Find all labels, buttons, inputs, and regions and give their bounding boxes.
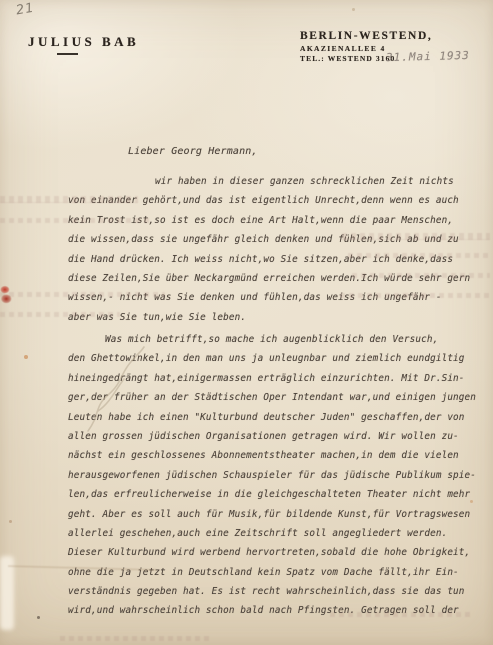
bleedthrough-text bbox=[0, 218, 150, 223]
red-ink-mark bbox=[0, 283, 14, 305]
letter-salutation: Lieber Georg Hermann, bbox=[128, 146, 258, 157]
bleedthrough-text bbox=[0, 196, 138, 203]
letter-date: 31.Mai 1933 bbox=[386, 49, 470, 64]
stain-speck bbox=[470, 500, 473, 503]
bleedthrough-text bbox=[342, 233, 490, 240]
bleedthrough-text bbox=[352, 273, 490, 278]
letterhead-rule bbox=[57, 53, 78, 55]
letter-line: herausgeworfenen jüdischen Schauspieler … bbox=[68, 466, 483, 485]
letter-line: allerlei geschehen,auch eine Zeitschrift… bbox=[68, 524, 483, 543]
pencil-scrawl bbox=[80, 345, 150, 435]
letter-line: aber was Sie tun,wie Sie leben. bbox=[68, 308, 483, 327]
letter-page: 21 JULIUS BAB BERLIN-WESTEND, AKAZIENALL… bbox=[0, 0, 493, 645]
letterhead-city: BERLIN-WESTEND, bbox=[300, 30, 432, 42]
bleedthrough-text bbox=[348, 253, 490, 258]
bleedthrough-text bbox=[60, 636, 210, 641]
ink-speck bbox=[37, 616, 40, 619]
bleedthrough-text bbox=[340, 293, 490, 298]
letter-line: geht. Aber es soll auch für Musik,für bi… bbox=[68, 505, 483, 524]
page-number-pencil: 21 bbox=[15, 1, 36, 19]
letter-line: wir haben in dieser ganzen schrecklichen… bbox=[68, 172, 483, 191]
stain-speck bbox=[24, 355, 28, 359]
bleedthrough-text bbox=[0, 292, 165, 297]
bleedthrough-text bbox=[0, 312, 120, 317]
letter-line: len,das erfreulicherweise in die gleichg… bbox=[68, 485, 483, 504]
letter-line: ohne die ja jetzt in Deutschland kein Sp… bbox=[68, 563, 483, 582]
stain-speck bbox=[9, 520, 12, 523]
letter-line: diese Zeilen,Sie über Neckargmünd erreic… bbox=[68, 269, 483, 288]
letter-line: nächst ein geschlossenes Abonnementsthea… bbox=[68, 446, 483, 465]
bleedthrough-text bbox=[330, 612, 470, 617]
letter-line: verständnis gegeben hat. Es ist recht wa… bbox=[68, 582, 483, 601]
stain-speck bbox=[352, 8, 355, 11]
letterhead-sender-name: JULIUS BAB bbox=[28, 34, 139, 50]
letter-line: Dieser Kulturbund wird werbend hervortre… bbox=[68, 543, 483, 562]
